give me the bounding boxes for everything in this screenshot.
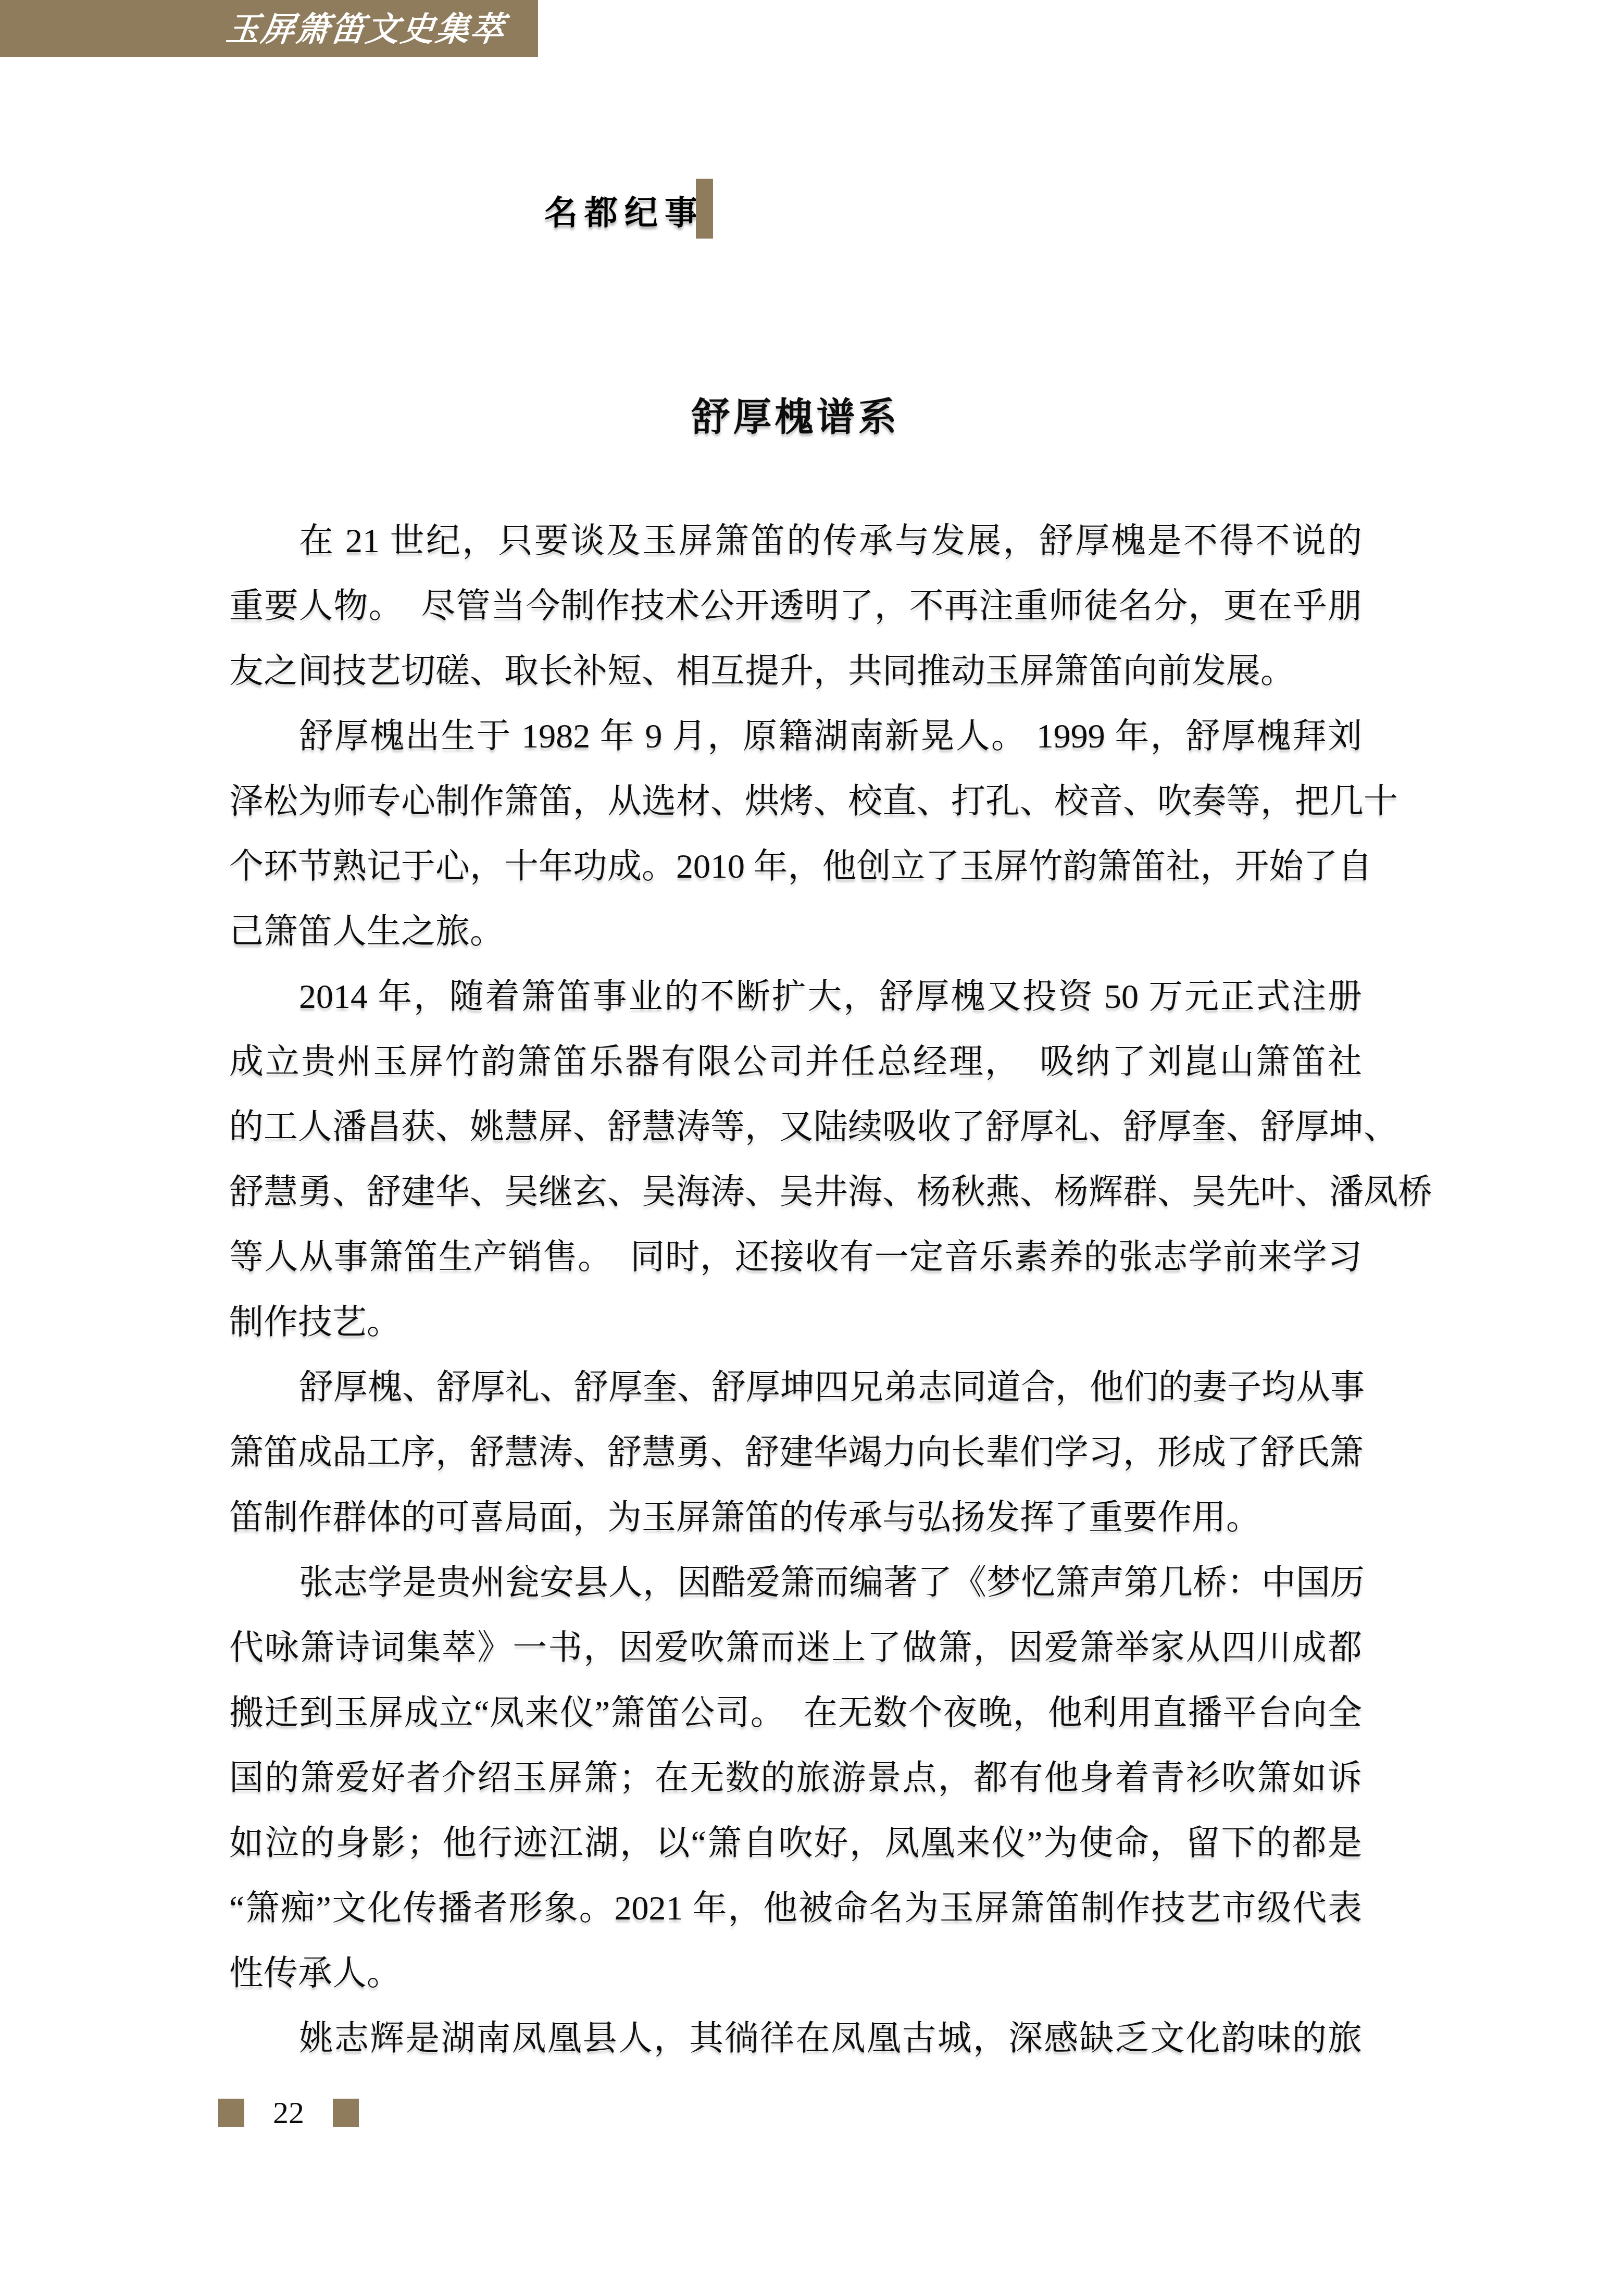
paragraph: 在 21 世纪，只要谈及玉屏箫笛的传承与发展，舒厚槐是不得不说的重要人物。 尽管… bbox=[229, 508, 1362, 704]
text-line: 己箫笛人生之旅。 bbox=[229, 899, 1362, 964]
text-line: 国的箫爱好者介绍玉屏箫；在无数的旅游景点，都有他身着青衫吹箫如诉 bbox=[229, 1746, 1362, 1811]
text-line: 张志学是贵州瓮安县人，因酷爱箫而编著了《梦忆箫声第几桥：中国历 bbox=[229, 1550, 1362, 1615]
paragraph: 舒厚槐出生于 1982 年 9 月，原籍湖南新晃人。 1999 年，舒厚槐拜刘泽… bbox=[229, 704, 1362, 964]
text-line: 搬迁到玉屏成立“凤来仪”箫笛公司。 在无数个夜晚，他利用直播平台向全 bbox=[229, 1680, 1362, 1746]
section-label: 名都纪事 bbox=[544, 181, 705, 238]
paragraph: 姚志辉是湖南凤凰县人，其徜徉在凤凰古城，深感缺乏文化韵味的旅 bbox=[229, 2006, 1362, 2071]
paragraph: 舒厚槐、舒厚礼、舒厚奎、舒厚坤四兄弟志同道合，他们的妻子均从事箫笛成品工序，舒慧… bbox=[229, 1355, 1362, 1550]
text-line: 制作技艺。 bbox=[229, 1290, 1362, 1355]
text-line: 代咏箫诗词集萃》一书，因爱吹箫而迷上了做箫，因爱箫举家从四川成都 bbox=[229, 1615, 1362, 1680]
series-title-calligraphy: 玉屏箫笛文史集萃 bbox=[224, 3, 508, 51]
folio-left-square bbox=[218, 2099, 244, 2127]
text-line: 性传承人。 bbox=[229, 1941, 1362, 2006]
paragraph: 2014 年，随着箫笛事业的不断扩大，舒厚槐又投资 50 万元正式注册成立贵州玉… bbox=[229, 964, 1362, 1355]
text-line: “箫痴”文化传播者形象。2021 年，他被命名为玉屏箫笛制作技艺市级代表 bbox=[229, 1876, 1362, 1941]
page-number: 22 bbox=[273, 2099, 304, 2127]
header-band: 玉屏箫笛文史集萃 bbox=[0, 0, 538, 57]
page-title: 舒厚槐谱系 bbox=[229, 387, 1362, 442]
folio-right-square bbox=[333, 2099, 359, 2127]
paragraph: 张志学是贵州瓮安县人，因酷爱箫而编著了《梦忆箫声第几桥：中国历代咏箫诗词集萃》一… bbox=[229, 1550, 1362, 2006]
text-line: 个环节熟记于心，十年功成。2010 年，他创立了玉屏竹韵箫笛社，开始了自 bbox=[229, 834, 1362, 899]
text-line: 成立贵州玉屏竹韵箫笛乐器有限公司并任总经理， 吸纳了刘崑山箫笛社 bbox=[229, 1029, 1362, 1094]
text-line: 笛制作群体的可喜局面，为玉屏箫笛的传承与弘扬发挥了重要作用。 bbox=[229, 1485, 1362, 1550]
text-line: 姚志辉是湖南凤凰县人，其徜徉在凤凰古城，深感缺乏文化韵味的旅 bbox=[229, 2006, 1362, 2071]
header-band-tab bbox=[696, 179, 713, 239]
text-line: 2014 年，随着箫笛事业的不断扩大，舒厚槐又投资 50 万元正式注册 bbox=[229, 964, 1362, 1029]
text-line: 舒厚槐、舒厚礼、舒厚奎、舒厚坤四兄弟志同道合，他们的妻子均从事 bbox=[229, 1355, 1362, 1420]
book-page: 玉屏箫笛文史集萃 名都纪事 舒厚槐谱系 在 21 世纪，只要谈及玉屏箫笛的传承与… bbox=[0, 0, 1624, 2269]
text-line: 友之间技艺切磋、取长补短、相互提升，共同推动玉屏箫笛向前发展。 bbox=[229, 639, 1362, 704]
text-line: 如泣的身影；他行迹江湖，以“箫自吹好，凤凰来仪”为使命，留下的都是 bbox=[229, 1811, 1362, 1876]
text-line: 箫笛成品工序，舒慧涛、舒慧勇、舒建华竭力向长辈们学习，形成了舒氏箫 bbox=[229, 1420, 1362, 1485]
text-line: 的工人潘昌获、姚慧屏、舒慧涛等，又陆续吸收了舒厚礼、舒厚奎、舒厚坤、 bbox=[229, 1094, 1362, 1160]
body-text: 在 21 世纪，只要谈及玉屏箫笛的传承与发展，舒厚槐是不得不说的重要人物。 尽管… bbox=[229, 508, 1362, 2071]
text-line: 舒厚槐出生于 1982 年 9 月，原籍湖南新晃人。 1999 年，舒厚槐拜刘 bbox=[229, 704, 1362, 769]
text-line: 等人从事箫笛生产销售。 同时，还接收有一定音乐素养的张志学前来学习 bbox=[229, 1225, 1362, 1290]
text-line: 舒慧勇、舒建华、吴继玄、吴海涛、吴井海、杨秋燕、杨辉群、吴先叶、潘凤桥 bbox=[229, 1160, 1362, 1225]
page-footer: 22 bbox=[218, 2099, 359, 2127]
text-line: 泽松为师专心制作箫笛，从选材、烘烤、校直、打孔、校音、吹奏等，把几十 bbox=[229, 769, 1362, 834]
text-line: 重要人物。 尽管当今制作技术公开透明了，不再注重师徒名分，更在乎朋 bbox=[229, 574, 1362, 639]
text-line: 在 21 世纪，只要谈及玉屏箫笛的传承与发展，舒厚槐是不得不说的 bbox=[229, 508, 1362, 574]
